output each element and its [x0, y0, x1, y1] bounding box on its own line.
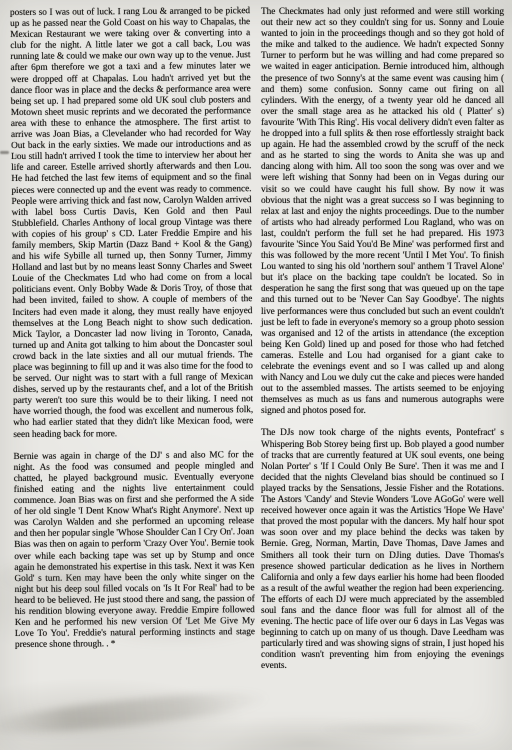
text-paragraph: The Checkmates had only just reformed an…: [261, 7, 504, 417]
right-text-column: The Checkmates had only just reformed an…: [261, 7, 504, 673]
left-text-column: posters so I was out of luck. I rang Lou…: [10, 6, 255, 651]
scan-smudge-bottom-right: [290, 712, 510, 746]
text-paragraph: The DJs now took charge of the nights ev…: [261, 428, 504, 672]
text-paragraph: posters so I was out of luck. I rang Lou…: [10, 6, 253, 441]
text-paragraph: Bernie was again in charge of the DJ' s …: [13, 450, 255, 652]
scan-mark-edge-dash: [0, 151, 9, 154]
scanned-page: posters so I was out of luck. I rang Lou…: [0, 0, 512, 750]
scan-smudge-bottom-left: [0, 685, 271, 741]
